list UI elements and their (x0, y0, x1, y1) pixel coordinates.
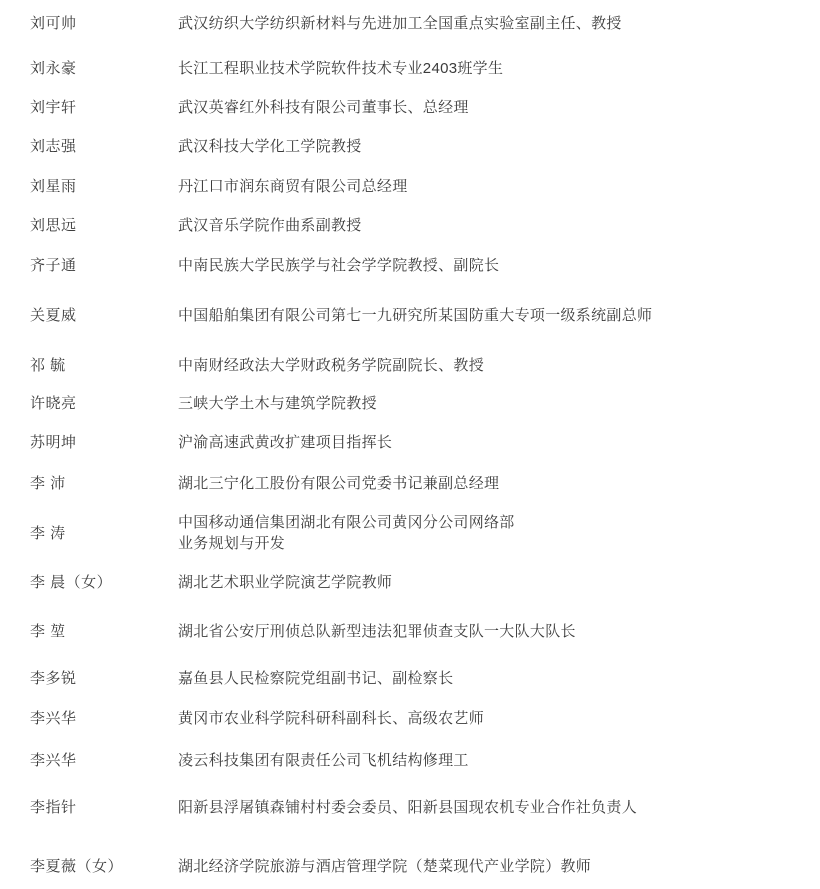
table-row: 李夏薇（女） 湖北经济学院旅游与酒店管理学院（楚菜现代产业学院）教师 (30, 856, 790, 877)
person-name: 李夏薇（女） (30, 856, 178, 877)
table-row: 刘志强 武汉科技大学化工学院教授 (30, 136, 790, 157)
person-name: 李 晨（女） (30, 572, 178, 593)
person-title: 黄冈市农业科学院科研科副科长、高级农艺师 (178, 708, 790, 729)
table-row: 关夏威 中国船舶集团有限公司第七一九研究所某国防重大专项一级系统副总师 (30, 305, 790, 326)
person-title: 沪渝高速武黄改扩建项目指挥长 (178, 432, 790, 453)
table-row: 李多锐 嘉鱼县人民检察院党组副书记、副检察长 (30, 668, 790, 689)
table-row: 李指针 阳新县浮屠镇森铺村村委会委员、阳新县国现农机专业合作社负责人 (30, 797, 790, 818)
table-row: 齐子通 中南民族大学民族学与社会学学院教授、副院长 (30, 255, 790, 276)
person-title: 中国移动通信集团湖北有限公司黄冈分公司网络部 业务规划与开发 (178, 512, 790, 554)
table-row: 刘可帅 武汉纺织大学纺织新材料与先进加工全国重点实验室副主任、教授 (30, 13, 790, 34)
person-name: 刘思远 (30, 215, 178, 236)
person-name: 李兴华 (30, 708, 178, 729)
person-title: 阳新县浮屠镇森铺村村委会委员、阳新县国现农机专业合作社负责人 (178, 797, 790, 818)
table-row: 李 堃 湖北省公安厅刑侦总队新型违法犯罪侦查支队一大队大队长 (30, 621, 790, 642)
document-page: 刘可帅 武汉纺织大学纺织新材料与先进加工全国重点实验室副主任、教授 刘永豪 长江… (0, 0, 820, 889)
person-title: 长江工程职业技术学院软件技术专业2403班学生 (178, 58, 790, 79)
person-title: 湖北经济学院旅游与酒店管理学院（楚菜现代产业学院）教师 (178, 856, 790, 877)
person-title: 凌云科技集团有限责任公司飞机结构修理工 (178, 750, 790, 771)
person-title: 武汉英睿红外科技有限公司董事长、总经理 (178, 97, 790, 118)
person-name: 李多锐 (30, 668, 178, 689)
person-name: 许晓亮 (30, 393, 178, 414)
table-row: 刘星雨 丹江口市润东商贸有限公司总经理 (30, 176, 790, 197)
person-title: 嘉鱼县人民检察院党组副书记、副检察长 (178, 668, 790, 689)
person-title: 中南民族大学民族学与社会学学院教授、副院长 (178, 255, 790, 276)
table-row: 苏明坤 沪渝高速武黄改扩建项目指挥长 (30, 432, 790, 453)
person-title: 武汉纺织大学纺织新材料与先进加工全国重点实验室副主任、教授 (178, 13, 790, 34)
person-title: 丹江口市润东商贸有限公司总经理 (178, 176, 790, 197)
person-name: 关夏威 (30, 305, 178, 326)
person-name: 祁 毓 (30, 355, 178, 376)
table-row: 刘永豪 长江工程职业技术学院软件技术专业2403班学生 (30, 58, 790, 79)
person-name: 刘永豪 (30, 58, 178, 79)
person-title: 武汉科技大学化工学院教授 (178, 136, 790, 157)
person-title: 中南财经政法大学财政税务学院副院长、教授 (178, 355, 790, 376)
table-row: 祁 毓 中南财经政法大学财政税务学院副院长、教授 (30, 355, 790, 376)
table-row: 刘思远 武汉音乐学院作曲系副教授 (30, 215, 790, 236)
person-title: 湖北三宁化工股份有限公司党委书记兼副总经理 (178, 473, 790, 494)
person-name: 刘星雨 (30, 176, 178, 197)
person-name: 李 涛 (30, 523, 178, 544)
table-row: 李 沛 湖北三宁化工股份有限公司党委书记兼副总经理 (30, 473, 790, 494)
person-title: 湖北艺术职业学院演艺学院教师 (178, 572, 790, 593)
table-row: 李 涛 中国移动通信集团湖北有限公司黄冈分公司网络部 业务规划与开发 (30, 512, 790, 554)
person-name: 齐子通 (30, 255, 178, 276)
table-row: 许晓亮 三峡大学土木与建筑学院教授 (30, 393, 790, 414)
person-name: 刘可帅 (30, 13, 178, 34)
table-row: 刘宇轩 武汉英睿红外科技有限公司董事长、总经理 (30, 97, 790, 118)
person-name: 李 沛 (30, 473, 178, 494)
person-title: 湖北省公安厅刑侦总队新型违法犯罪侦查支队一大队大队长 (178, 621, 790, 642)
person-title: 中国船舶集团有限公司第七一九研究所某国防重大专项一级系统副总师 (178, 305, 790, 326)
table-row: 李 晨（女） 湖北艺术职业学院演艺学院教师 (30, 572, 790, 593)
person-name: 刘宇轩 (30, 97, 178, 118)
person-title: 三峡大学土木与建筑学院教授 (178, 393, 790, 414)
person-name: 刘志强 (30, 136, 178, 157)
person-title: 武汉音乐学院作曲系副教授 (178, 215, 790, 236)
person-name: 李兴华 (30, 750, 178, 771)
person-name: 李指针 (30, 797, 178, 818)
table-row: 李兴华 凌云科技集团有限责任公司飞机结构修理工 (30, 750, 790, 771)
table-row: 李兴华 黄冈市农业科学院科研科副科长、高级农艺师 (30, 708, 790, 729)
person-name: 李 堃 (30, 621, 178, 642)
person-name: 苏明坤 (30, 432, 178, 453)
